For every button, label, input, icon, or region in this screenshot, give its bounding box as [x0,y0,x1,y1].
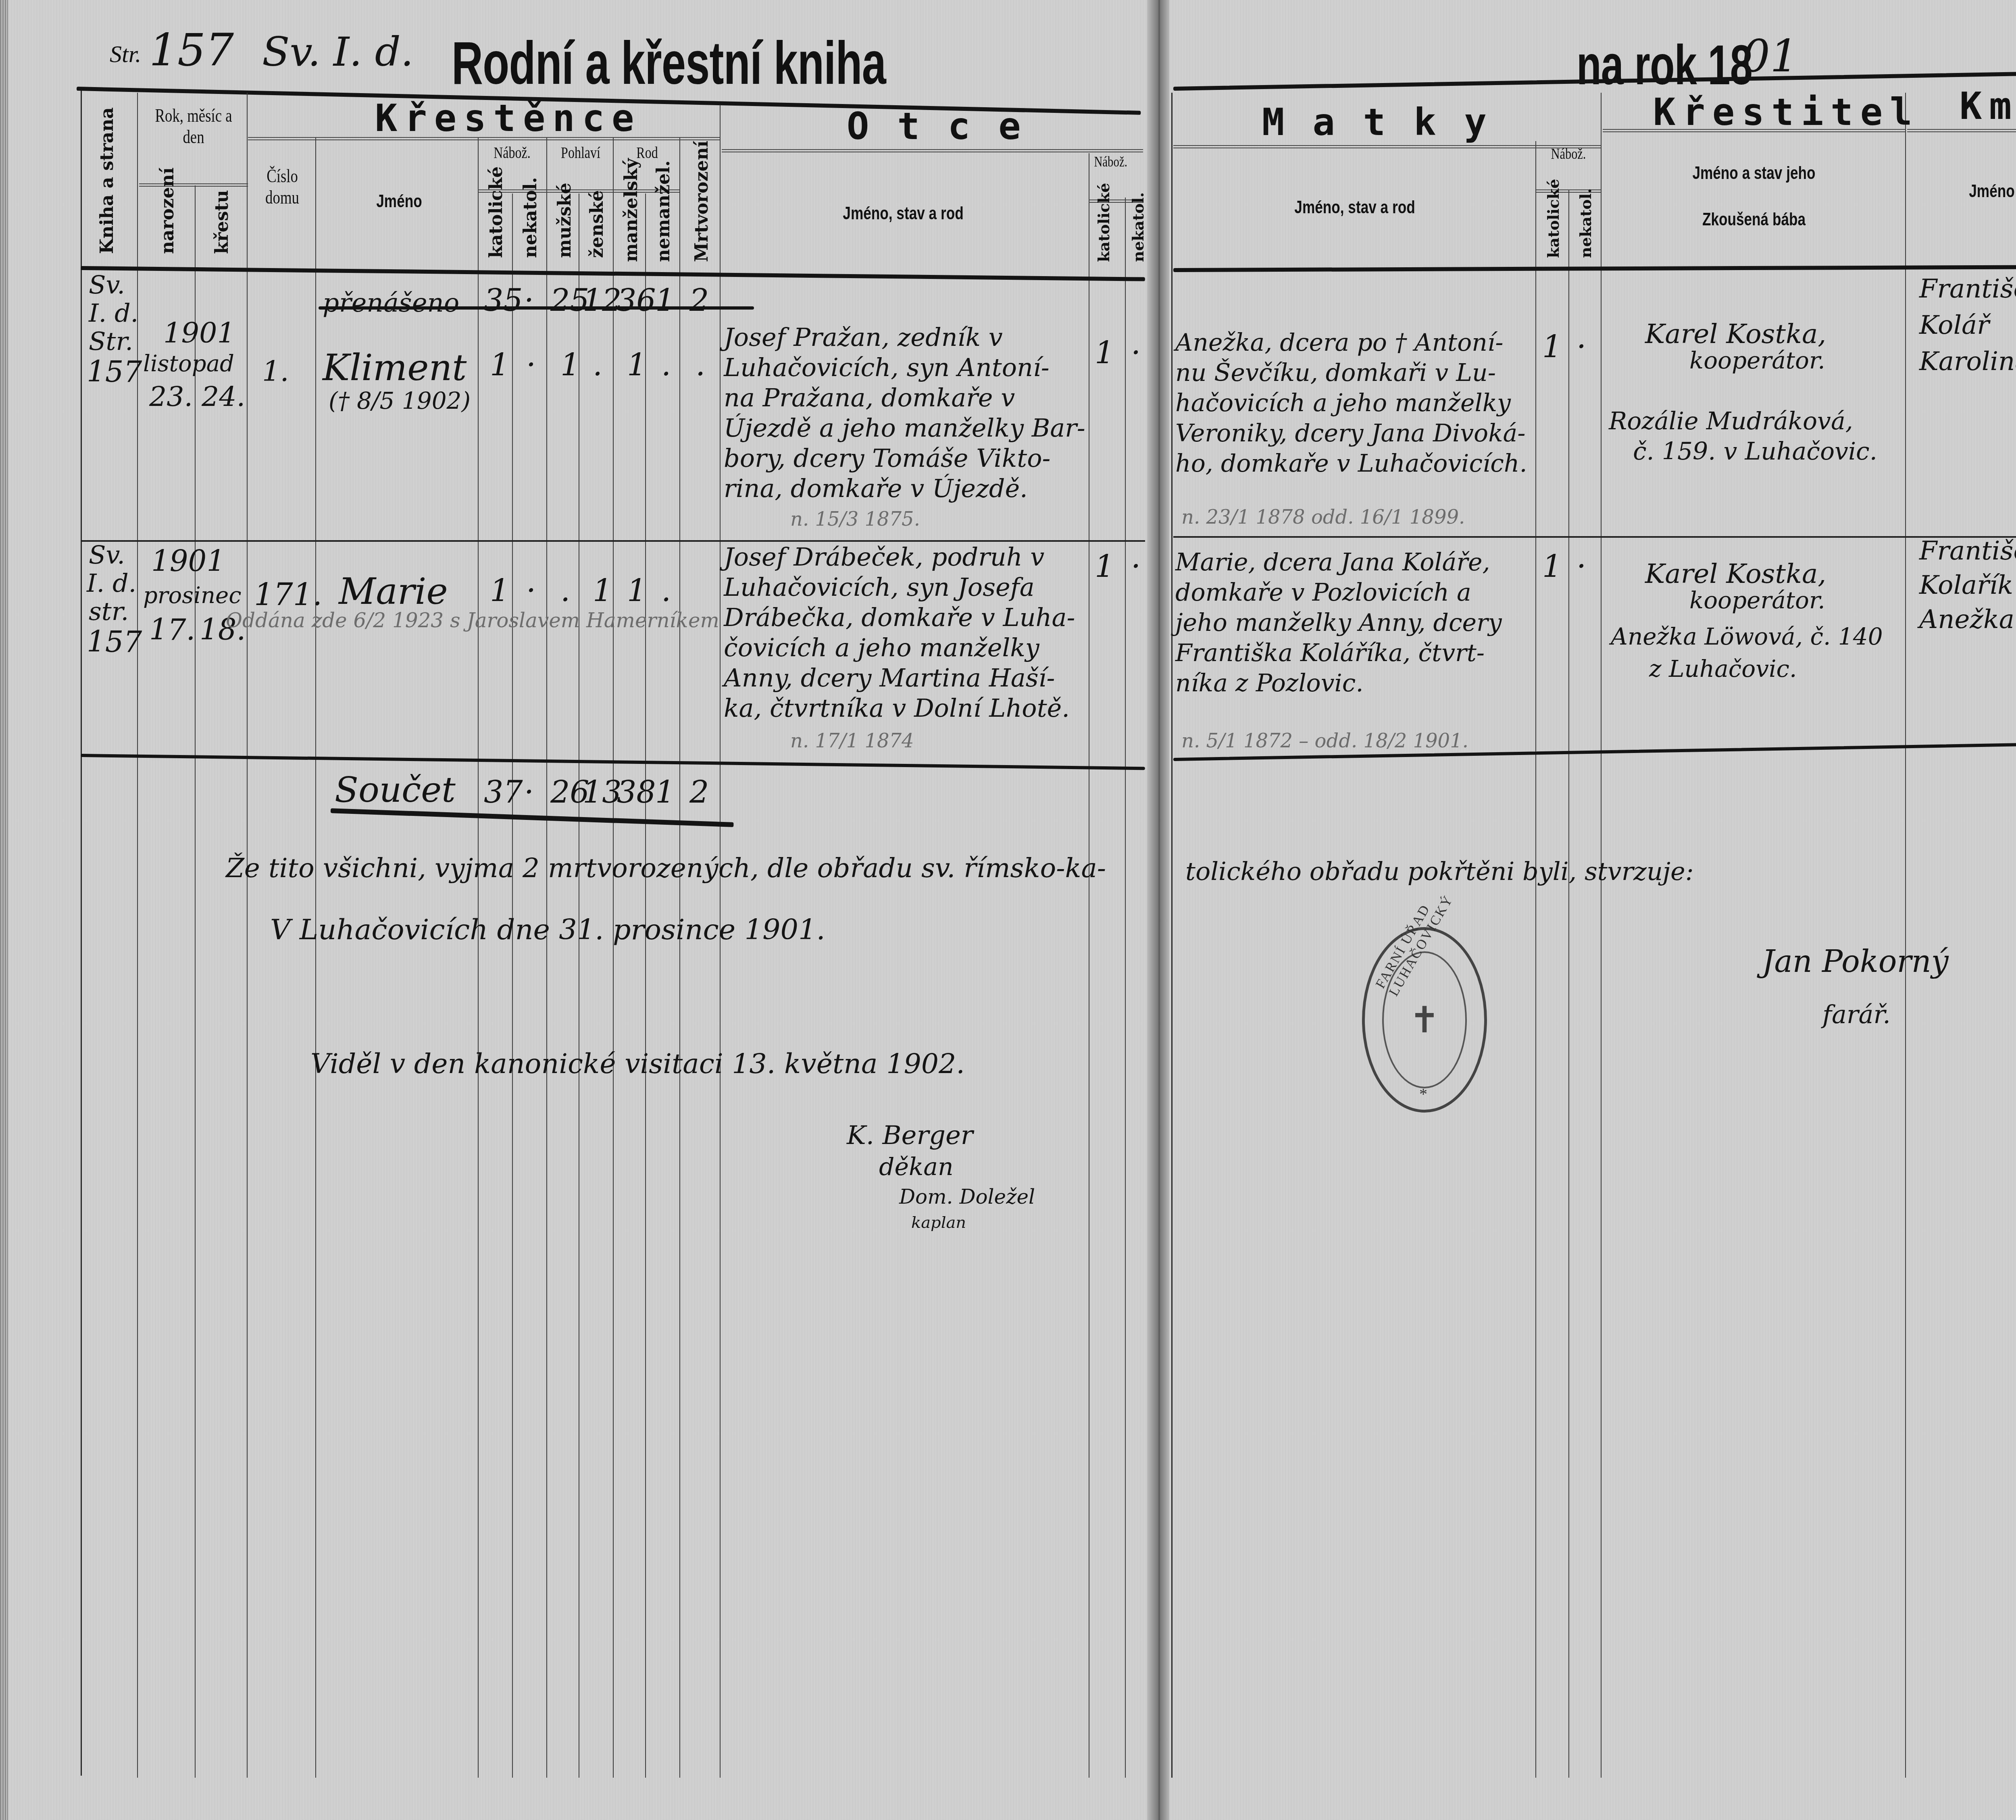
entry-2-midwife-line-2: z Luhačovic. [1649,655,1797,682]
certification-line-2: V Luhačovicích dne 31. prosince 1901. [270,913,825,946]
header-rule [139,183,248,187]
col-divider [478,137,479,1778]
entry-1-mother-line-1: Anežka, dcera po † Antoní- [1175,329,1503,357]
entry-1-zenske: . [593,347,602,383]
entry-1-book-ref-2: I. d. [89,298,138,328]
entry-2-mother-note: n. 5/1 1872 – odd. 18/2 1901. [1181,730,1468,752]
entry-1-child-name: Kliment [323,347,467,389]
entry-1-father-line-3: na Pražana, domkaře v [724,383,1015,412]
totals-label: Součet [335,770,456,810]
entry-1-baptizer-name: Karel Kostka, [1645,318,1826,349]
entry-1-mother-line-3: hačovicích a jeho manželky [1175,389,1511,417]
parish-priest-signature: Jan Pokorný [1762,943,1949,979]
col-divider [195,185,196,1778]
entry-2-year: 1901 [151,544,225,578]
entry-1-month: listopad [143,351,234,377]
entry-2-father-nekatol: · [1131,548,1141,584]
nemanzel-label: nemanžel. [653,160,674,262]
col-divider [512,193,513,1778]
entry-2-book-ref-3: str. [89,597,129,626]
visitation-signature-3: Dom. Doležel [899,1185,1035,1208]
muzske-label: mužské [554,183,575,258]
entry-1-manzelsky: 1 [627,347,646,383]
entry-2-baptizer-title: kooperátor. [1689,587,1825,614]
entry-1-nekatol: · [526,347,536,383]
mrtvorozeni-label: Mrtvorození [691,141,712,262]
entry-1-midwife-line-2: č. 159. v Luhačovic. [1633,437,1877,466]
totals-zenske: 13 [583,774,622,810]
entry-1-father-line-6: rina, domkaře v Újezdě. [724,474,1028,503]
totals-katolicke: 37 [484,774,523,810]
col-divider [613,137,614,1778]
visitation-signature-4: kaplan [911,1213,966,1232]
matky-nekatol-label: nekatol. [1577,188,1595,258]
entry-1-baptizer-title: kooperátor. [1689,347,1825,374]
entry-2-nekatol: · [526,572,536,608]
book-reference: Sv. I. d. [262,28,414,75]
right-page [1169,0,2016,1820]
entry-1-godparent-1: František [1919,274,2016,304]
carried-forward-underline [319,306,754,310]
col-divider [1089,153,1089,1778]
entry-2-father-line-5: Anny, dcery Martina Haší- [724,663,1055,693]
entry-1-muzske: 1 [560,347,580,383]
entry-1-house-no: 1. [262,355,289,388]
jmeno-label: Jméno [364,191,435,212]
zkousena-baba-label: Zkoušená bába [1657,210,1851,230]
page-label: Str. [110,40,141,68]
matky-heading: Matky [1262,101,1515,144]
entry-2-father-line-1: Josef Drábeček, podruh v [724,542,1044,572]
register-title: Rodní a křestní kniha [452,28,886,98]
entry-1-mother-line-2: nu Ševčíku, domkaři v Lu- [1175,359,1496,387]
entry-2-father-line-2: Luhačovicích, syn Josefa [724,572,1035,602]
seal-star-icon: * [1419,1084,1429,1103]
entry-1-year: 1901 [163,316,235,349]
entry-2-father-line-6: ka, čtvrtníka v Dolní Lhotě. [724,693,1070,723]
otce-naboz-label: Nábož. [1094,153,1122,170]
entry-2-mother-line-1: Marie, dcera Jana Koláře, [1175,548,1490,576]
entry-2-godparent-2: Kolařík [1919,570,2013,600]
entry-2-godparent-3: Anežka [1919,605,2014,634]
entry-2-birth-day: 17. [149,613,196,647]
krestu-label: křestu [212,190,232,254]
kniha-a-strana-label: Kniha a strana [97,107,117,254]
totals-nemanzel: 1 [655,774,675,810]
entry-1-book-ref-4: 157 [87,355,142,389]
entry-1-mother-line-5: ho, domkaře v Luhačovicích. [1175,449,1527,478]
certification-line-1-left: Že tito všichni, vyjma 2 mrtvorozených, … [226,853,1106,884]
naboz-label: Nábož. [486,143,538,162]
entry-1-baptism-day: 24. [202,381,245,413]
header-rule [722,149,1143,152]
totals-manzelsky: 38 [617,774,656,810]
entry-1-nemanzel: . [661,347,671,383]
col-divider [1125,198,1126,1778]
year-label: na rok 18 [1577,32,1752,98]
nekatol-label: nekatol. [520,177,541,258]
book-gutter [1147,0,1171,1820]
col-divider [645,193,646,1778]
open-register-book: Str. 157 Sv. I. d. Rodní a křestní kniha… [0,0,2016,1820]
carried-nemanzel: 1 [655,282,675,318]
col-divider [1601,93,1602,1778]
kmotr-jmeno-label: Jméno [1927,181,2016,202]
col-divider [679,137,680,1778]
col-divider [1568,189,1569,1778]
entry-2-book-ref-4: 157 [87,625,142,659]
otce-heading: Otce [847,105,1049,148]
entry-2-mother-line-4: Františka Koláříka, čtvrt- [1175,639,1485,667]
matky-naboz-label: Nábož. [1543,145,1594,163]
entry-1-father-katolicke: 1 [1095,335,1114,370]
entry-1-mother-katolicke: 1 [1542,329,1562,364]
entry-2-mother-katolicke: 1 [1542,548,1562,584]
totals-mrtvorozeni: 2 [689,774,709,810]
entry-1-father-line-4: Újezdě a jeho manželky Bar- [724,413,1085,443]
entry-2-baptizer-name: Karel Kostka, [1645,558,1826,589]
carried-zenske: 12 [583,282,622,318]
katolicke-label: katolické [486,166,506,258]
entry-2-nemanzel: . [661,572,671,608]
visitation-signature-2: děkan [879,1153,954,1181]
header-rule [1907,129,2016,132]
entry-2-mother-nekatol: · [1577,548,1586,584]
pohlavi-label: Pohlaví [555,143,606,162]
entry-2-mother-line-5: níka z Pozlovic. [1175,669,1363,697]
col-divider [137,93,138,1778]
col-divider [546,137,547,1778]
entry-1-mother-line-4: Veroniky, dcery Jana Divoká- [1175,419,1526,447]
entry-divider [1173,536,2016,538]
krestitel-jmeno-label: Jméno a stav jeho [1657,163,1851,183]
entry-1-katolicke: 1 [490,347,509,383]
matky-jmeno-label: Jméno, stav a rod [1271,198,1439,218]
entry-2-midwife-line-1: Anežka Löwová, č. 140 [1611,623,1883,650]
otce-katolicke-label: katolické [1095,183,1113,262]
entry-2-katolicke: 1 [490,572,509,608]
year-handwritten: 01 [1742,30,1798,82]
entry-2-father-line-4: čovicích a jeho manželky [724,633,1039,662]
manzelsky-label: manželský [621,158,641,262]
entry-1-mrtvorozeni: . [696,347,705,383]
entry-2-muzske: . [560,572,570,608]
entry-2-father-line-3: Drábečka, domkaře v Luha- [724,603,1075,632]
header-rule [478,189,679,193]
otce-nekatol-label: nekatol. [1129,192,1147,262]
entry-1-father-note: n. 15/3 1875. [790,508,920,530]
entry-1-father-line-1: Josef Pražan, zedník v [724,322,1003,352]
entry-1-godparent-3: Karolina [1919,347,2016,376]
entry-2-zenske: 1 [593,572,612,608]
krestitel-heading: Křestitel [1653,91,1920,134]
entry-1-father-line-5: bory, dcery Tomáše Vikto- [724,443,1050,473]
page-number: 157 [149,24,234,76]
otce-jmeno-label: Jméno, stav a rod [819,204,987,224]
parish-priest-title: farář. [1822,1000,1891,1029]
matky-katolicke-label: katolické [1544,179,1562,258]
header-rule [1173,145,1601,148]
entry-2-father-katolicke: 1 [1095,548,1114,584]
entry-2-manzelsky: 1 [627,572,646,608]
left-table-border [81,91,82,1776]
col-divider [1535,141,1536,1778]
totals-nekatol: · [524,774,534,810]
entry-1-book-ref-3: Str. [89,327,133,356]
carried-mrtvorozeni: 2 [689,282,709,318]
carried-forward-label: přenášeno [323,288,459,318]
entry-2-child-note: Oddána zde 6/2 1923 s Jaroslavem Hamerní… [226,609,719,632]
entry-2-mother-line-2: domkaře v Pozlovicích a [1175,578,1471,607]
entry-1-father-line-2: Luhačovicích, syn Antoní- [724,353,1050,382]
zenske-label: ženské [587,190,607,258]
carried-katolicke: 35 [484,282,523,318]
entry-1-book-ref-1: Sv. [89,270,125,300]
entry-1-midwife-line-1: Rozálie Mudráková, [1609,407,1853,435]
cislo-domu-label: Číslo domu [260,165,305,208]
krestence-heading: Křestěnce [375,97,641,140]
entry-1-mother-note: n. 23/1 1878 odd. 16/1 1899. [1181,506,1465,528]
entry-2-book-ref-2: I. d. [87,568,136,598]
kmotruv-heading: Kmotrův [1960,85,2016,128]
visitation-text: Viděl v den kanonické visitaci 13. květn… [310,1048,965,1080]
entry-1-godparent-2: Kolář [1919,310,1989,340]
entry-1-father-nekatol: · [1131,335,1141,370]
entry-1-birth-day: 23. [149,381,193,413]
right-table-left-border [1171,93,1173,1778]
narozeni-label: narození [157,167,178,254]
entry-1-child-note: († 8/5 1902) [329,387,471,414]
col-divider [247,93,248,1778]
book-left-edge [0,0,8,1820]
entry-divider [81,540,1145,542]
entry-2-month: prosinec [143,582,242,609]
entry-2-house-no: 171. [254,576,322,612]
entry-2-father-note: n. 17/1 1874 [790,730,914,752]
col-divider [315,137,316,1778]
carried-manzelsky: 36 [617,282,656,318]
col-divider [1905,93,1906,1778]
entry-2-godparent-1: František [1919,536,2016,566]
carried-nekatol: · [524,282,534,318]
visitation-signature-1: K. Berger [847,1121,973,1150]
entry-1-mother-nekatol: · [1577,329,1586,364]
entry-2-child-name: Marie [339,570,448,613]
entry-2-mother-line-3: jeho manželky Anny, dcery [1175,609,1502,637]
rok-mesic-den-label: Rok, měsíc a den [155,105,232,148]
entry-2-book-ref-1: Sv. [89,540,125,570]
col-divider [579,193,579,1778]
